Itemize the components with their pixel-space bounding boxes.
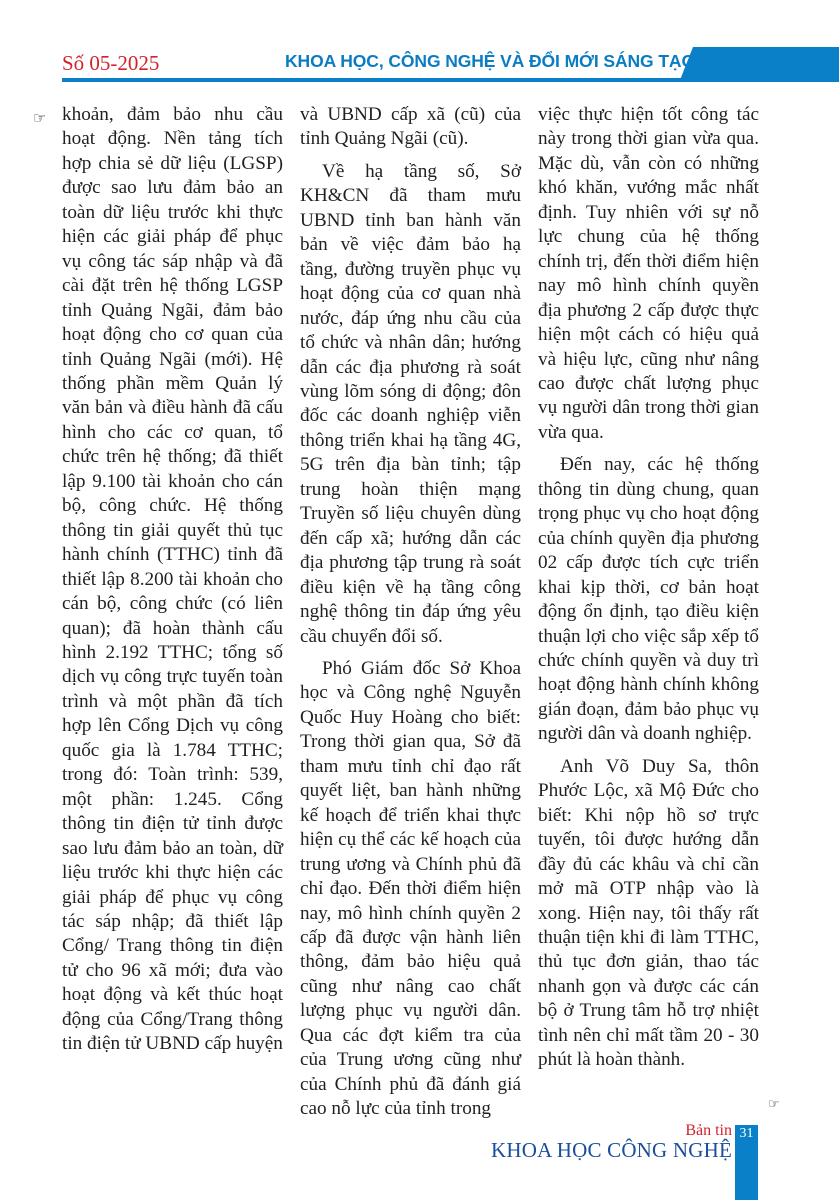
page-number-tab: 31 [735, 1125, 758, 1200]
paragraph: Đến nay, các hệ thống thông tin dùng chu… [538, 453, 759, 746]
paragraph: Về hạ tầng số, Sở KH&CN đã tham mưu UBND… [300, 160, 521, 649]
header-divider [62, 78, 839, 82]
pointing-hand-icon: ☞ [33, 111, 46, 126]
header-accent-bar [680, 47, 839, 80]
section-title: KHOA HỌC, CÔNG NGHỆ VÀ ĐỔI MỚI SÁNG TẠO [285, 49, 695, 73]
text-column-3: việc thực hiện tốt công tác này trong th… [538, 103, 759, 1073]
paragraph: Phó Giám đốc Sở Khoa học và Công nghệ Ng… [300, 657, 521, 1122]
paragraph: khoản, đảm bảo nhu cầu hoạt động. Nền tả… [62, 103, 283, 1057]
paragraph: việc thực hiện tốt công tác này trong th… [538, 103, 759, 445]
publication-title: KHOA HỌC CÔNG NGHỆ [491, 1138, 732, 1162]
paragraph: Anh Võ Duy Sa, thôn Phước Lộc, xã Mộ Đức… [538, 755, 759, 1073]
document-page: Số 05-2025 KHOA HỌC, CÔNG NGHỆ VÀ ĐỔI MỚ… [0, 0, 839, 1200]
text-column-2: và UBND cấp xã (cũ) của tỉnh Quảng Ngãi … [300, 103, 521, 1122]
text-column-1: khoản, đảm bảo nhu cầu hoạt động. Nền tả… [62, 103, 283, 1057]
paragraph: và UBND cấp xã (cũ) của tỉnh Quảng Ngãi … [300, 103, 521, 152]
issue-number: Số 05-2025 [62, 50, 159, 76]
page-number: 31 [735, 1126, 758, 1142]
pointing-hand-icon: ☞ [768, 1097, 780, 1112]
